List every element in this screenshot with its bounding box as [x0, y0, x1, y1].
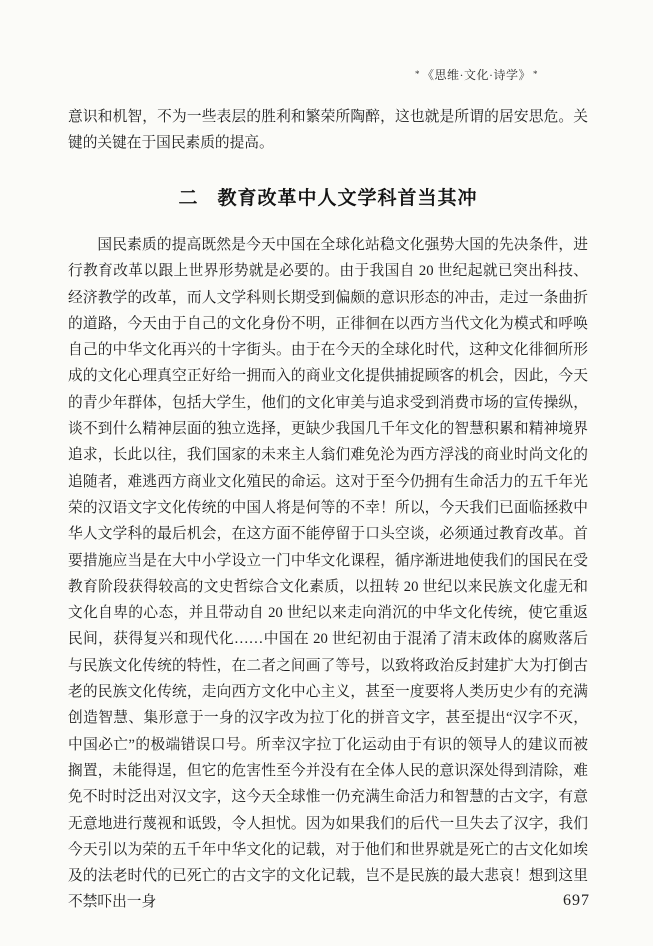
page-number: 697 [563, 892, 590, 910]
section-title: 教育改革中人文学科首当其冲 [218, 188, 478, 209]
book-page: *《思维·文化·诗学》* 意识和机智，不为一些表层的胜利和繁荣所陶醉，这也就是所… [0, 0, 653, 946]
header-book-title: 《思维·文化·诗学》 [422, 68, 531, 82]
running-head: *《思维·文化·诗学》* [413, 66, 540, 83]
section-number: 二 [178, 188, 198, 209]
header-ornament-left-icon: * [415, 69, 420, 79]
main-paragraph: 国民素质的提高既然是今天中国在全球化站稳文化强势大国的先决条件，进行教育改革以跟… [68, 232, 588, 916]
intro-paragraph: 意识和机智，不为一些表层的胜利和繁荣所陶醉，这也就是所谓的居安思危。关键的关键在… [68, 104, 588, 157]
header-ornament-right-icon: * [533, 69, 538, 79]
section-heading: 二教育改革中人文学科首当其冲 [68, 183, 588, 210]
